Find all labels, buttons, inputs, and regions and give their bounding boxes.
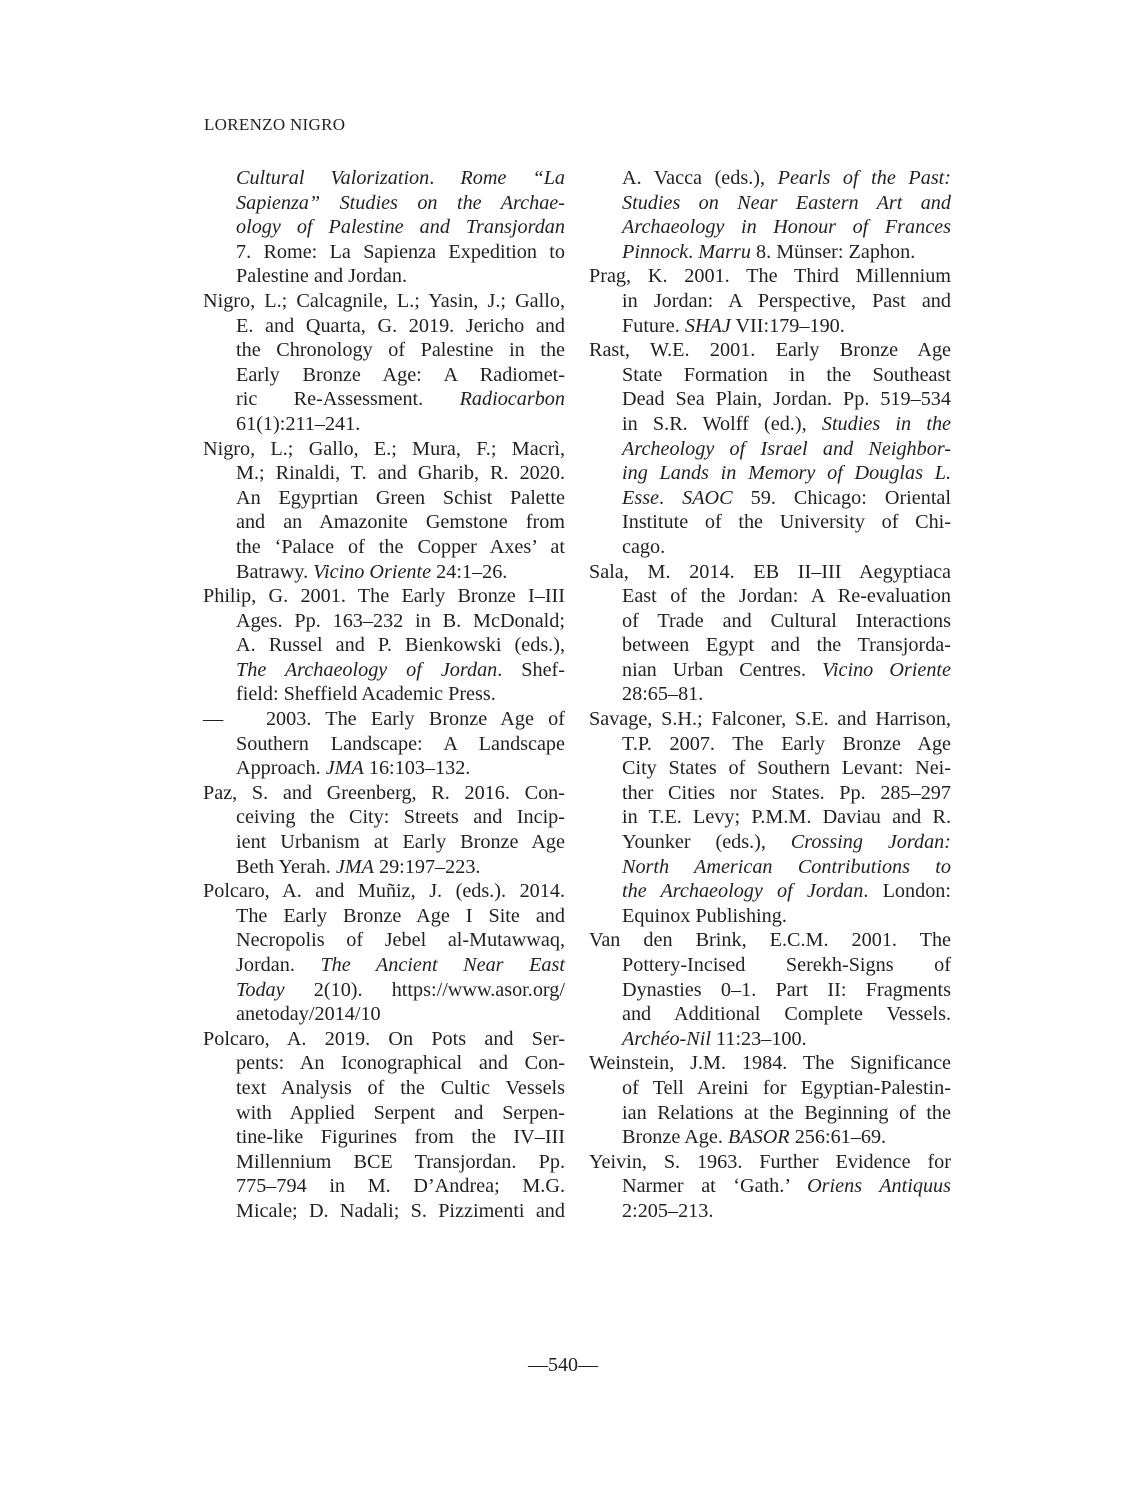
entry-line: Ages. Pp. 163–232 in B. McDonald; [203,609,565,634]
entry-line: Batrawy. Vicino Oriente 24:1–26. [203,560,565,585]
entry-line: 775–794 in M. D’Andrea; M.G. [203,1174,565,1199]
entry-line: ing Lands in Memory of Douglas L. [589,461,951,486]
bibliography-entry: Polcaro, A. 2019. On Pots and Ser-pents:… [203,1027,565,1224]
entry-line: E. and Quarta, G. 2019. Jericho and [203,314,565,339]
entry-line: State Formation in the Southeast [589,363,951,388]
entry-line: A. Russel and P. Bienkowski (eds.), [203,633,565,658]
entry-line: pents: An Iconographical and Con- [203,1051,565,1076]
entry-line: Weinstein, J.M. 1984. The Significance [589,1051,951,1076]
bibliography-entry: A. Vacca (eds.), Pearls of the Past:Stud… [589,166,951,264]
entry-line: Prag, K. 2001. The Third Millennium [589,264,951,289]
bibliography-column-right: A. Vacca (eds.), Pearls of the Past:Stud… [589,166,951,1224]
entry-line: and Additional Complete Vessels. [589,1002,951,1027]
bibliography-entry: Prag, K. 2001. The Third Millenniumin Jo… [589,264,951,338]
bibliography-entry: Rast, W.E. 2001. Early Bronze AgeState F… [589,338,951,559]
entry-line: ric Re-Assessment. Radiocarbon [203,387,565,412]
entry-line: The Early Bronze Age I Site and [203,904,565,929]
entry-line: Bronze Age. BASOR 256:61–69. [589,1125,951,1150]
entry-line: — 2003. The Early Bronze Age of [203,707,565,732]
entry-line: ient Urbanism at Early Bronze Age [203,830,565,855]
entry-line: tine-like Figurines from the IV–III [203,1125,565,1150]
entry-line: Today 2(10). https://www.asor.org/ [203,978,565,1003]
entry-line: M.; Rinaldi, T. and Gharib, R. 2020. [203,461,565,486]
entry-line: Cultural Valorization. Rome “La [203,166,565,191]
entry-line: Future. SHAJ VII:179–190. [589,314,951,339]
entry-line: ian Relations at the Beginning of the [589,1101,951,1126]
entry-line: Paz, S. and Greenberg, R. 2016. Con- [203,781,565,806]
entry-line: with Applied Serpent and Serpen- [203,1101,565,1126]
entry-line: Beth Yerah. JMA 29:197–223. [203,855,565,880]
entry-line: Savage, S.H.; Falconer, S.E. and Harriso… [589,707,951,732]
entry-line: anetoday/2014/10 [203,1002,565,1027]
bibliography-column-left: Cultural Valorization. Rome “LaSapienza”… [203,166,565,1224]
running-head: LORENZO NIGRO [204,115,345,135]
bibliography-entry: — 2003. The Early Bronze Age ofSouthern … [203,707,565,781]
entry-line: 28:65–81. [589,682,951,707]
entry-line: East of the Jordan: A Re-evaluation [589,584,951,609]
entry-line: Archaeology in Honour of Frances [589,215,951,240]
entry-line: of Tell Areini for Egyptian-Palestin- [589,1076,951,1101]
bibliography-entry: Nigro, L.; Gallo, E.; Mura, F.; Macrì,M.… [203,437,565,585]
entry-line: Archeology of Israel and Neighbor- [589,437,951,462]
bibliography-entry: Polcaro, A. and Muñiz, J. (eds.). 2014.T… [203,879,565,1027]
entry-line: A. Vacca (eds.), Pearls of the Past: [589,166,951,191]
entry-line: Philip, G. 2001. The Early Bronze I–III [203,584,565,609]
bibliography-entry: Paz, S. and Greenberg, R. 2016. Con-ceiv… [203,781,565,879]
entry-line: field: Sheffield Academic Press. [203,682,565,707]
entry-line: Approach. JMA 16:103–132. [203,756,565,781]
entry-line: ther Cities nor States. Pp. 285–297 [589,781,951,806]
entry-line: Millennium BCE Transjordan. Pp. [203,1150,565,1175]
bibliography-entry: Weinstein, J.M. 1984. The Significanceof… [589,1051,951,1149]
entry-line: Southern Landscape: A Landscape [203,732,565,757]
entry-line: 2:205–213. [589,1199,951,1224]
entry-line: Micale; D. Nadali; S. Pizzimenti and [203,1199,565,1224]
bibliography-entry: Nigro, L.; Calcagnile, L.; Yasin, J.; Ga… [203,289,565,437]
entry-line: Institute of the University of Chi- [589,510,951,535]
bibliography-entry: Sala, M. 2014. EB II–III AegyptiacaEast … [589,560,951,708]
entry-line: Yeivin, S. 1963. Further Evidence for [589,1150,951,1175]
page-number: —540— [0,1354,1126,1377]
entry-line: Pinnock. Marru 8. Münser: Zaphon. [589,240,951,265]
entry-line: 61(1):211–241. [203,412,565,437]
entry-line: Pottery-Incised Serekh-Signs of [589,953,951,978]
entry-line: Polcaro, A. and Muñiz, J. (eds.). 2014. [203,879,565,904]
entry-line: Rast, W.E. 2001. Early Bronze Age [589,338,951,363]
entry-line: City States of Southern Levant: Nei- [589,756,951,781]
entry-line: Archéo-Nil 11:23–100. [589,1027,951,1052]
entry-line: ology of Palestine and Transjordan [203,215,565,240]
entry-line: North American Contributions to [589,855,951,880]
entry-line: and an Amazonite Gemstone from [203,510,565,535]
entry-line: text Analysis of the Cultic Vessels [203,1076,565,1101]
entry-line: The Archaeology of Jordan. Shef- [203,658,565,683]
entry-line: Dynasties 0–1. Part II: Fragments [589,978,951,1003]
entry-line: Narmer at ‘Gath.’ Oriens Antiquus [589,1174,951,1199]
entry-line: Van den Brink, E.C.M. 2001. The [589,928,951,953]
entry-line: An Egyprtian Green Schist Palette [203,486,565,511]
entry-line: Sala, M. 2014. EB II–III Aegyptiaca [589,560,951,585]
entry-line: Necropolis of Jebel al-Mutawwaq, [203,928,565,953]
bibliography-entry: Yeivin, S. 1963. Further Evidence forNar… [589,1150,951,1224]
bibliography-entry: Savage, S.H.; Falconer, S.E. and Harriso… [589,707,951,928]
entry-line: in T.E. Levy; P.M.M. Daviau and R. [589,805,951,830]
entry-line: between Egypt and the Transjorda- [589,633,951,658]
bibliography-entry: Philip, G. 2001. The Early Bronze I–IIIA… [203,584,565,707]
entry-line: Studies on Near Eastern Art and [589,191,951,216]
entry-line: Jordan. The Ancient Near East [203,953,565,978]
entry-line: the Chronology of Palestine in the [203,338,565,363]
entry-line: the Archaeology of Jordan. London: [589,879,951,904]
entry-line: Sapienza” Studies on the Archae- [203,191,565,216]
entry-line: Equinox Publishing. [589,904,951,929]
entry-line: Early Bronze Age: A Radiomet- [203,363,565,388]
entry-line: cago. [589,535,951,560]
entry-line: of Trade and Cultural Interactions [589,609,951,634]
entry-line: Nigro, L.; Calcagnile, L.; Yasin, J.; Ga… [203,289,565,314]
entry-line: Esse. SAOC 59. Chicago: Oriental [589,486,951,511]
entry-line: Nigro, L.; Gallo, E.; Mura, F.; Macrì, [203,437,565,462]
entry-line: Younker (eds.), Crossing Jordan: [589,830,951,855]
entry-line: nian Urban Centres. Vicino Oriente [589,658,951,683]
entry-line: in S.R. Wolff (ed.), Studies in the [589,412,951,437]
entry-line: Polcaro, A. 2019. On Pots and Ser- [203,1027,565,1052]
entry-line: in Jordan: A Perspective, Past and [589,289,951,314]
bibliography-entry: Cultural Valorization. Rome “LaSapienza”… [203,166,565,289]
entry-line: Dead Sea Plain, Jordan. Pp. 519–534 [589,387,951,412]
entry-line: Palestine and Jordan. [203,264,565,289]
bibliography-entry: Van den Brink, E.C.M. 2001. ThePottery-I… [589,928,951,1051]
entry-line: ceiving the City: Streets and Incip- [203,805,565,830]
entry-line: the ‘Palace of the Copper Axes’ at [203,535,565,560]
entry-line: T.P. 2007. The Early Bronze Age [589,732,951,757]
entry-line: 7. Rome: La Sapienza Expedition to [203,240,565,265]
